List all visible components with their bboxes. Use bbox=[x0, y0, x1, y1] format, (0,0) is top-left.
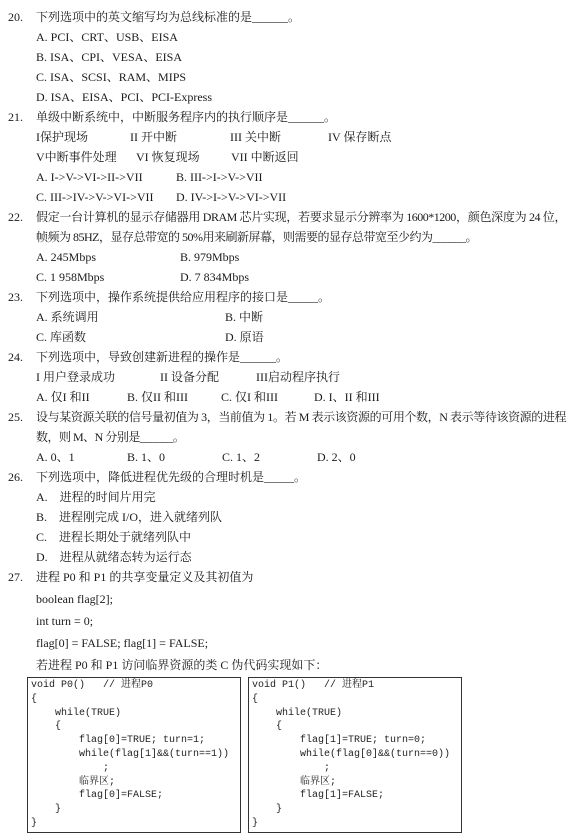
question-23-option-b: B. 中断 bbox=[225, 307, 263, 327]
exam-page: 20. 下列选项中的英文缩写均为总线标准的是______。 A. PCI、CRT… bbox=[0, 0, 570, 833]
question-25-number: 25. bbox=[8, 407, 36, 427]
pseudocode-intro: 若进程 P0 和 P1 访问临界资源的类 C 伪代码实现如下： bbox=[36, 655, 566, 675]
question-27-stem: 进程 P0 和 P1 的共享变量定义及其初值为 bbox=[36, 567, 566, 587]
question-24-option-c: C. 仅I 和III bbox=[221, 387, 314, 407]
question-25: 25. 设与某资源关联的信号量初值为 3，当前值为 1。若 M 表示该资源的可用… bbox=[8, 407, 566, 467]
question-24-option-a: A. 仅I 和II bbox=[36, 387, 127, 407]
question-20-number: 20. bbox=[8, 7, 36, 27]
question-21-items-row-1: I保护现场 II 开中断 III 关中断 IV 保存断点 bbox=[36, 127, 566, 147]
question-24-number: 24. bbox=[8, 347, 36, 367]
question-24-option-d: D. I、II 和III bbox=[314, 387, 380, 407]
question-21-option-c: C. III->IV->V->VI->VII bbox=[36, 187, 176, 207]
question-25-option-a: A. 0、1 bbox=[36, 447, 127, 467]
question-20-stem: 下列选项中的英文缩写均为总线标准的是______。 bbox=[36, 7, 566, 27]
question-22-option-c: C. 1 958Mbps bbox=[36, 267, 180, 287]
question-22-number: 22. bbox=[8, 207, 36, 227]
question-26-option-a: A. 进程的时间片用完 bbox=[36, 487, 566, 507]
question-20-option-d: D. ISA、EISA、PCI、PCI-Express bbox=[36, 87, 566, 107]
question-24-option-b: B. 仅II 和III bbox=[127, 387, 221, 407]
question-24: 24. 下列选项中，导致创建新进程的操作是______。 I 用户登录成功 II… bbox=[8, 347, 566, 407]
question-27-number: 27. bbox=[8, 567, 36, 587]
question-21-item-1: I保护现场 bbox=[36, 127, 130, 147]
code-p1: void P1() // 进程P1 { while(TRUE) { flag[1… bbox=[252, 679, 459, 831]
question-24-item-1: I 用户登录成功 bbox=[36, 367, 160, 387]
question-22-options-row-2: C. 1 958Mbps D. 7 834Mbps bbox=[36, 267, 566, 287]
pseudocode-boxes: void P0() // 进程P0 { while(TRUE) { flag[0… bbox=[27, 677, 566, 833]
question-25-options-row: A. 0、1 B. 1、0 C. 1、2 D. 2、0 bbox=[36, 447, 566, 467]
question-20-option-c: C. ISA、SCSI、RAM、MIPS bbox=[36, 67, 566, 87]
question-22-option-d: D. 7 834Mbps bbox=[180, 267, 249, 287]
question-23: 23. 下列选项中，操作系统提供给应用程序的接口是_____。 A. 系统调用 … bbox=[8, 287, 566, 347]
question-23-options-row-1: A. 系统调用 B. 中断 bbox=[36, 307, 566, 327]
code-p0: void P0() // 进程P0 { while(TRUE) { flag[0… bbox=[31, 679, 238, 831]
question-25-stem: 设与某资源关联的信号量初值为 3，当前值为 1。若 M 表示该资源的可用个数，N… bbox=[36, 407, 566, 447]
question-23-option-a: A. 系统调用 bbox=[36, 307, 225, 327]
question-20-option-a: A. PCI、CRT、USB、EISA bbox=[36, 27, 566, 47]
shared-var-declaration-1: boolean flag[2]; bbox=[36, 589, 566, 609]
question-26-option-c: C. 进程长期处于就绪列队中 bbox=[36, 527, 566, 547]
question-26-option-d: D. 进程从就绪态转为运行态 bbox=[36, 547, 566, 567]
question-20-option-b: B. ISA、CPI、VESA、EISA bbox=[36, 47, 566, 67]
question-21-options-row-1: A. I->V->VI->II->VII B. III->I->V->VII bbox=[36, 167, 566, 187]
code-box-p1: void P1() // 进程P1 { while(TRUE) { flag[1… bbox=[248, 677, 462, 833]
question-22-options-row-1: A. 245Mbps B. 979Mbps bbox=[36, 247, 566, 267]
question-23-number: 23. bbox=[8, 287, 36, 307]
question-21-option-a: A. I->V->VI->II->VII bbox=[36, 167, 176, 187]
question-21-number: 21. bbox=[8, 107, 36, 127]
question-27: 27. 进程 P0 和 P1 的共享变量定义及其初值为 boolean flag… bbox=[8, 567, 566, 675]
question-22: 22. 假定一台计算机的显示存储器用 DRAM 芯片实现，若要求显示分辨率为 1… bbox=[8, 207, 566, 287]
question-24-options-row: A. 仅I 和II B. 仅II 和III C. 仅I 和III D. I、II… bbox=[36, 387, 566, 407]
question-26-stem: 下列选项中，降低进程优先级的合理时机是_____。 bbox=[36, 467, 566, 487]
question-25-option-c: C. 1、2 bbox=[222, 447, 317, 467]
question-23-option-c: C. 库函数 bbox=[36, 327, 225, 347]
question-21: 21. 单级中断系统中，中断服务程序内的执行顺序是______。 I保护现场 I… bbox=[8, 107, 566, 207]
question-21-option-b: B. III->I->V->VII bbox=[176, 167, 263, 187]
question-22-stem: 假定一台计算机的显示存储器用 DRAM 芯片实现，若要求显示分辨率为 1600*… bbox=[36, 207, 566, 247]
question-24-item-3: III启动程序执行 bbox=[256, 367, 340, 387]
question-26: 26. 下列选项中，降低进程优先级的合理时机是_____。 A. 进程的时间片用… bbox=[8, 467, 566, 567]
question-21-item-7: VII 中断返回 bbox=[231, 147, 299, 167]
question-22-option-a: A. 245Mbps bbox=[36, 247, 180, 267]
question-24-stem: 下列选项中，导致创建新进程的操作是______。 bbox=[36, 347, 566, 367]
question-21-item-3: III 关中断 bbox=[230, 127, 328, 147]
question-25-option-b: B. 1、0 bbox=[127, 447, 222, 467]
question-21-options-row-2: C. III->IV->V->VI->VII D. IV->I->V->VI->… bbox=[36, 187, 566, 207]
question-20: 20. 下列选项中的英文缩写均为总线标准的是______。 A. PCI、CRT… bbox=[8, 7, 566, 107]
question-21-stem: 单级中断系统中，中断服务程序内的执行顺序是______。 bbox=[36, 107, 566, 127]
question-21-item-6: VI 恢复现场 bbox=[136, 147, 231, 167]
question-23-option-d: D. 原语 bbox=[225, 327, 264, 347]
question-26-number: 26. bbox=[8, 467, 36, 487]
question-24-item-2: II 设备分配 bbox=[160, 367, 256, 387]
code-box-p0: void P0() // 进程P0 { while(TRUE) { flag[0… bbox=[27, 677, 241, 833]
question-21-item-5: V中断事件处理 bbox=[36, 147, 136, 167]
question-23-options-row-2: C. 库函数 D. 原语 bbox=[36, 327, 566, 347]
shared-var-declaration-3: flag[0] = FALSE; flag[1] = FALSE; bbox=[36, 633, 566, 653]
question-21-items-row-2: V中断事件处理 VI 恢复现场 VII 中断返回 bbox=[36, 147, 566, 167]
shared-var-declaration-2: int turn = 0; bbox=[36, 611, 566, 631]
question-21-option-d: D. IV->I->V->VI->VII bbox=[176, 187, 286, 207]
question-26-option-b: B. 进程刚完成 I/O，进入就绪列队 bbox=[36, 507, 566, 527]
question-22-option-b: B. 979Mbps bbox=[180, 247, 239, 267]
question-24-items-row: I 用户登录成功 II 设备分配 III启动程序执行 bbox=[36, 367, 566, 387]
question-25-option-d: D. 2、0 bbox=[317, 447, 356, 467]
question-23-stem: 下列选项中，操作系统提供给应用程序的接口是_____。 bbox=[36, 287, 566, 307]
question-21-item-4: IV 保存断点 bbox=[328, 127, 391, 147]
question-21-item-2: II 开中断 bbox=[130, 127, 230, 147]
